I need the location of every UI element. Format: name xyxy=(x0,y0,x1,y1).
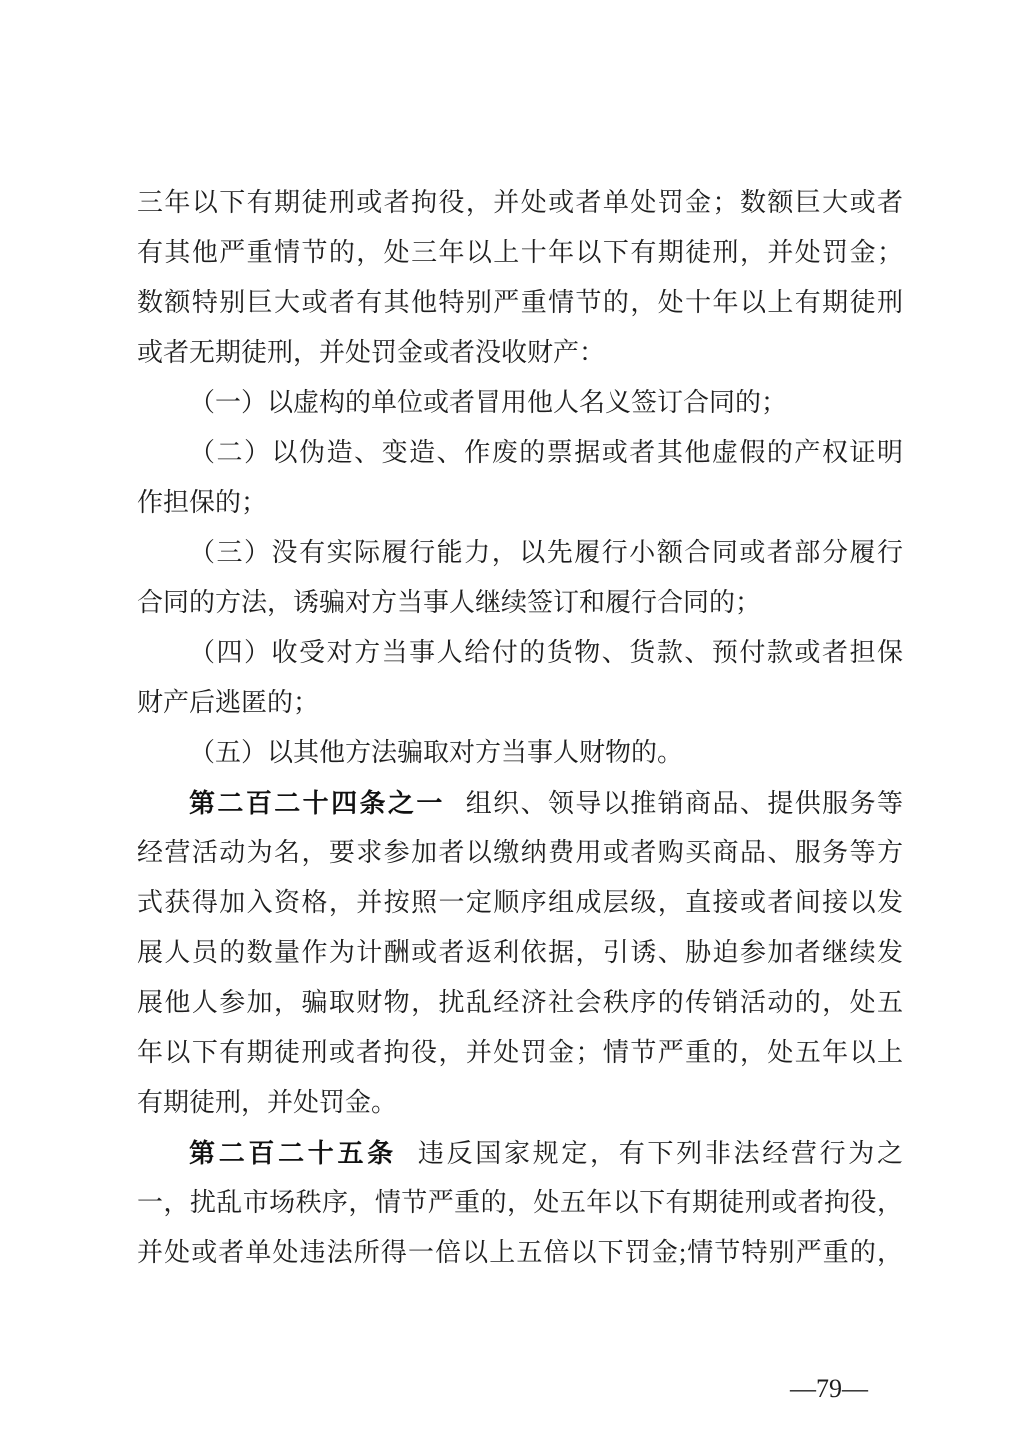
text-line: 一，扰乱市场秩序，情节严重的，处五年以下有期徒刑或者拘役， xyxy=(137,1178,903,1228)
text-line: 数额特别巨大或者有其他特别严重情节的，处十年以上有期徒刑 xyxy=(137,278,903,328)
text-line: 展他人参加，骗取财物，扰乱经济社会秩序的传销活动的，处五 xyxy=(137,978,903,1028)
text-line: 有期徒刑，并处罚金。 xyxy=(137,1078,903,1128)
text-line: 违反国家规定，有下列非法经营行为之 xyxy=(418,1139,903,1168)
document-body: 三年以下有期徒刑或者拘役，并处或者单处罚金；数额巨大或者 有其他严重情节的，处三… xyxy=(137,178,903,1278)
text-line: 并处或者单处违法所得一倍以上五倍以下罚金;情节特别严重的， xyxy=(137,1228,903,1278)
text-line: 展人员的数量作为计酬或者返利依据，引诱、胁迫参加者继续发 xyxy=(137,928,903,978)
text-line: 年以下有期徒刑或者拘役，并处罚金；情节严重的，处五年以上 xyxy=(137,1028,903,1078)
text-line: 三年以下有期徒刑或者拘役，并处或者单处罚金；数额巨大或者 xyxy=(137,178,903,228)
clause-item-2: （二）以伪造、变造、作废的票据或者其他虚假的产权证明 xyxy=(137,428,903,478)
clause-item-1: （一）以虚构的单位或者冒用他人名义签订合同的； xyxy=(137,378,903,428)
clause-item-4: （四）收受对方当事人给付的货物、货款、预付款或者担保 xyxy=(137,628,903,678)
text-line: 有其他严重情节的，处三年以上十年以下有期徒刑，并处罚金； xyxy=(137,228,903,278)
text-line: 合同的方法，诱骗对方当事人继续签订和履行合同的； xyxy=(137,578,903,628)
clause-item-5: （五）以其他方法骗取对方当事人财物的。 xyxy=(137,728,903,778)
article-225-paragraph: 第二百二十五条违反国家规定，有下列非法经营行为之 xyxy=(137,1128,903,1178)
article-224-1-heading: 第二百二十四条之一 xyxy=(189,788,445,818)
text-line: 经营活动为名，要求参加者以缴纳费用或者购买商品、服务等方 xyxy=(137,828,903,878)
article-225-heading: 第二百二十五条 xyxy=(189,1138,397,1168)
text-line: 组织、领导以推销商品、提供服务等 xyxy=(466,789,903,818)
document-page: 三年以下有期徒刑或者拘役，并处或者单处罚金；数额巨大或者 有其他严重情节的，处三… xyxy=(0,0,1024,1448)
page-number: —79— xyxy=(790,1372,868,1406)
clause-item-3: （三）没有实际履行能力，以先履行小额合同或者部分履行 xyxy=(137,528,903,578)
article-224-1-paragraph: 第二百二十四条之一组织、领导以推销商品、提供服务等 xyxy=(137,778,903,828)
text-line: 财产后逃匿的； xyxy=(137,678,903,728)
text-line: 式获得加入资格，并按照一定顺序组成层级，直接或者间接以发 xyxy=(137,878,903,928)
text-line: 或者无期徒刑，并处罚金或者没收财产： xyxy=(137,328,903,378)
text-line: 作担保的； xyxy=(137,478,903,528)
